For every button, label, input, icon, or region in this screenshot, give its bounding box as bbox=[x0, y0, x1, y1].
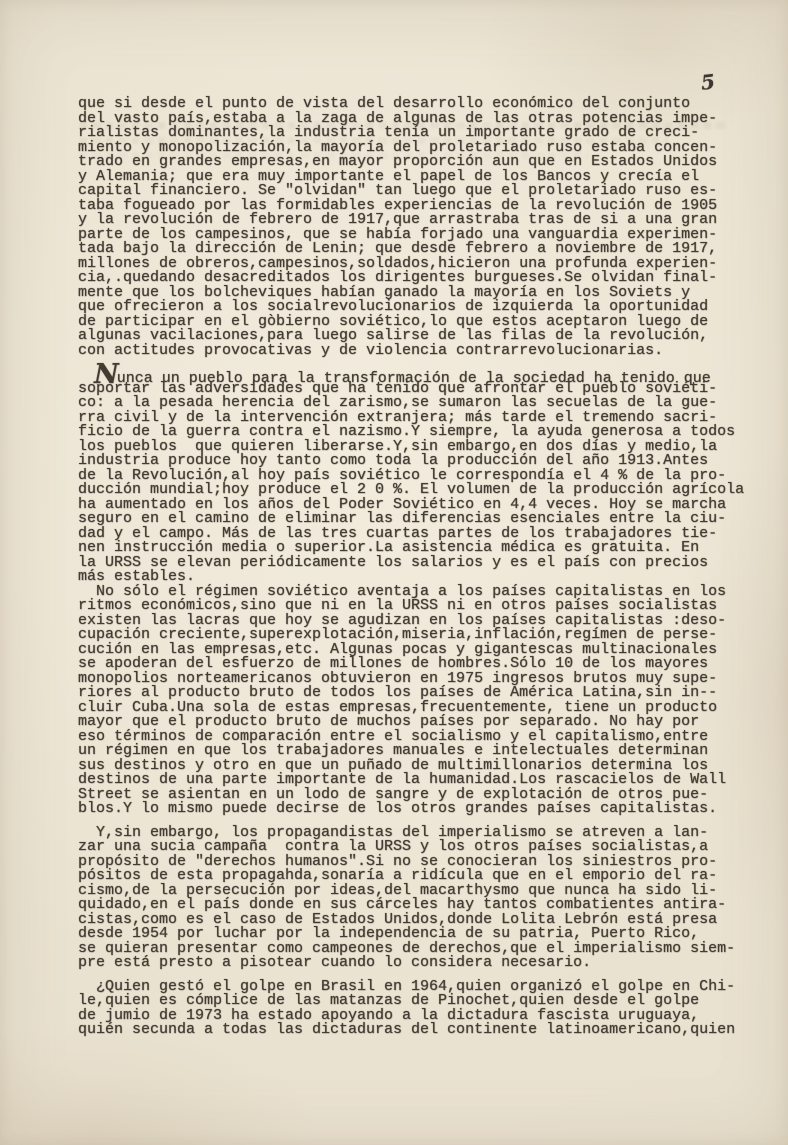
drop-initial: N bbox=[94, 368, 117, 383]
paragraph: No sólo el régimen soviético aventaja a … bbox=[78, 585, 778, 817]
text-block: que si desde el punto de vista del desar… bbox=[78, 97, 778, 1038]
text-line: pre está presto a pisotear cuando lo con… bbox=[78, 956, 778, 971]
text-line: con actitudes provocativas y de violenci… bbox=[78, 344, 778, 359]
paragraph: Nunca un pueblo para la transformación d… bbox=[78, 367, 778, 585]
text-line: quién secunda a todas las dictaduras del… bbox=[78, 1023, 778, 1038]
paragraph: ¿Quien gestó el golpe en Brasil en 1964,… bbox=[78, 980, 778, 1038]
paragraph: Y,sin embargo, los propagandistas del im… bbox=[78, 826, 778, 971]
document-page: { "page": { "number": "5", "paragraphs":… bbox=[0, 0, 788, 1145]
page-number: 5 bbox=[700, 69, 716, 94]
text-line: blos.Y lo mismo puede decirse de los otr… bbox=[78, 802, 778, 817]
paragraph: que si desde el punto de vista del desar… bbox=[78, 97, 778, 358]
